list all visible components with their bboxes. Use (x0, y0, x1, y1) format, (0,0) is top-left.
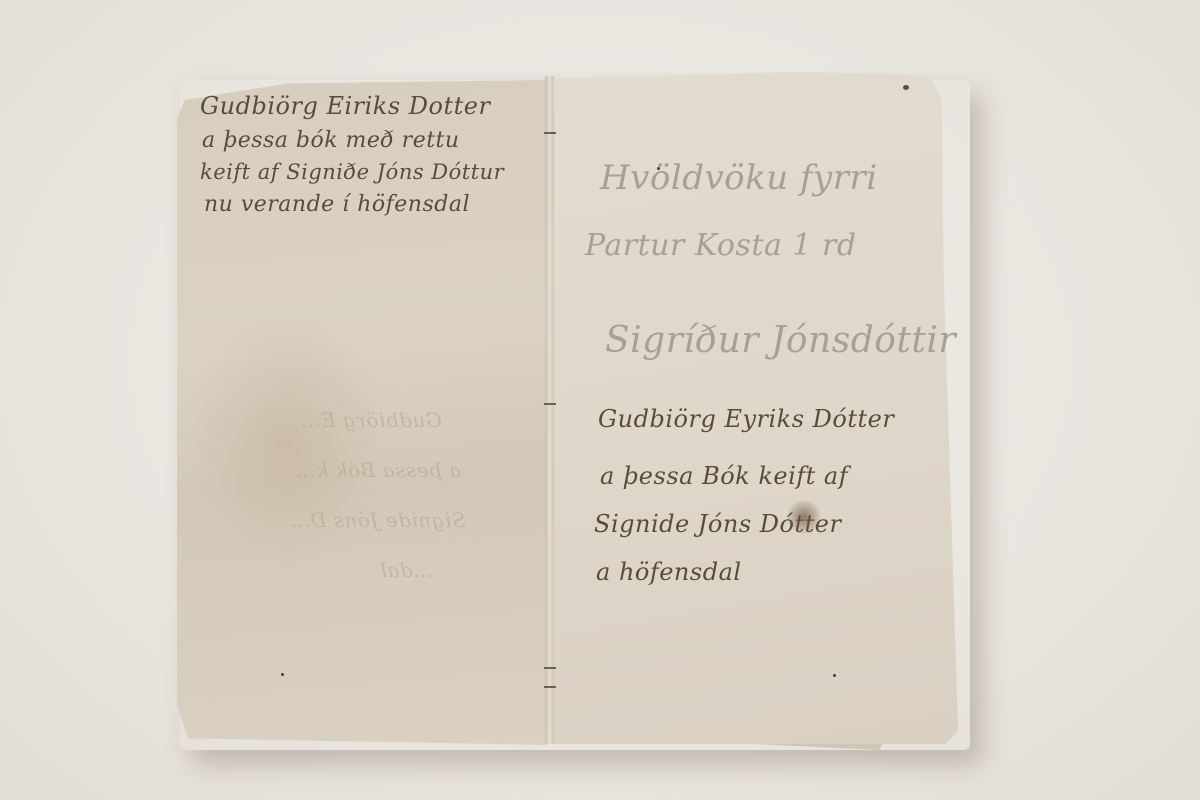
ink-speck (281, 673, 284, 676)
right-pencil-line-2: Partur Kosta 1 rd (585, 228, 857, 263)
right-ink-line-4: a höfensdal (596, 558, 742, 586)
bleed-through-line-2: a þessa Bók k... (295, 458, 461, 482)
left-line-2: a þessa bók með rettu (202, 128, 460, 153)
bleed-through-line-3: Signide Jóns D... (290, 508, 466, 532)
left-line-3: keift af Signiðe Jóns Dóttur (200, 160, 504, 184)
left-line-1: Gudbiörg Eiriks Dotter (200, 92, 490, 120)
bleed-through-line-4: ...dal (380, 558, 433, 582)
left-line-4: nu verande í höfensdal (204, 192, 470, 217)
binding-stitch (544, 686, 556, 688)
right-ink-line-2: a þessa Bók keift af (600, 462, 848, 490)
ink-speck (833, 674, 836, 677)
binding-stitch (544, 132, 556, 134)
bleed-through-line-1: Gudbiörg E... (300, 408, 442, 432)
book-spine (545, 76, 554, 744)
right-ink-line-1: Gudbiörg Eyriks Dótter (598, 405, 894, 433)
ink-speck (657, 167, 660, 170)
binding-stitch (544, 667, 556, 669)
right-pencil-line-1: Hvöldvöku fyrri (600, 158, 878, 198)
ink-smudge (787, 500, 821, 534)
right-pencil-line-3: Sigríður Jónsdóttir (605, 320, 956, 361)
binding-stitch (544, 403, 556, 405)
page-hole (903, 85, 909, 90)
